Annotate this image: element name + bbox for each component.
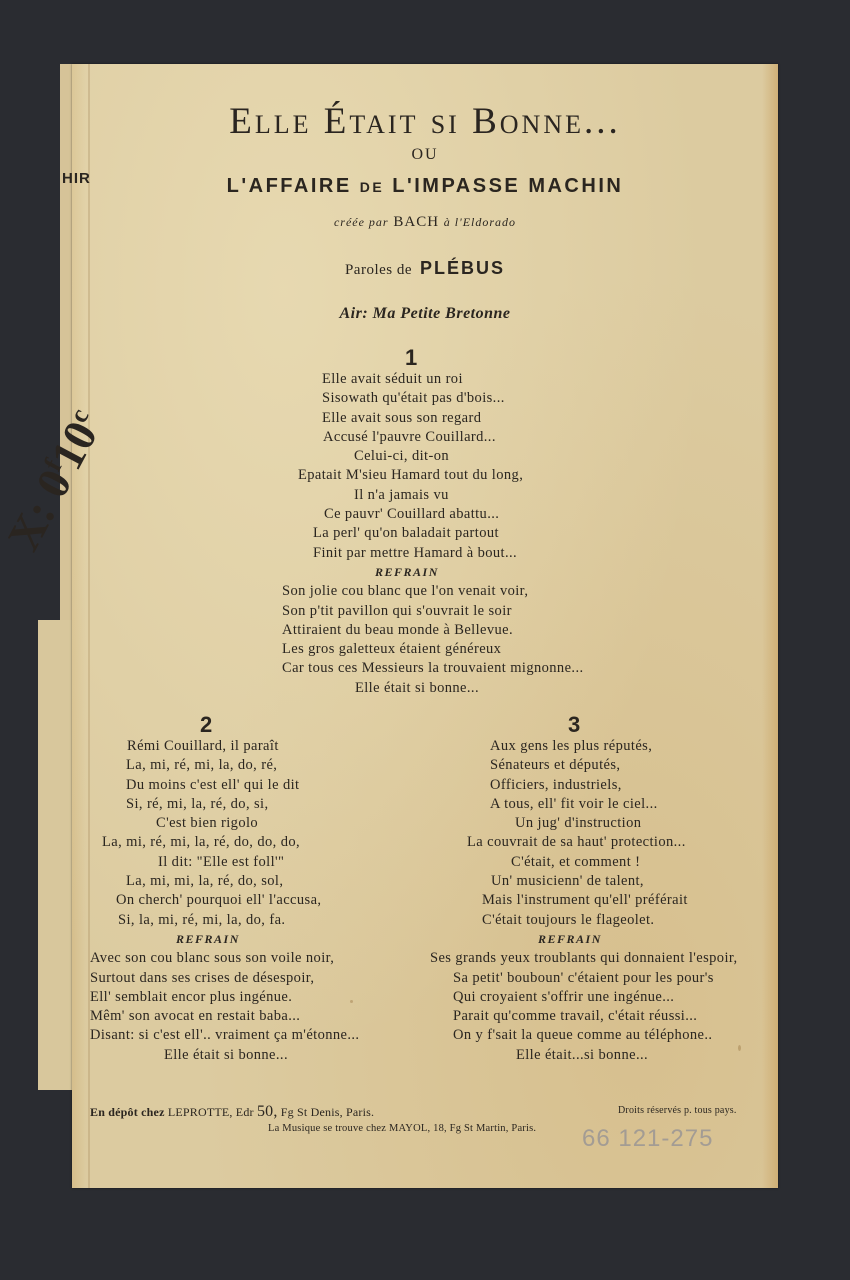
refrain-line: Sa petit' bouboun' c'étaient pour les po…	[430, 969, 770, 988]
refrain-line: Attiraient du beau monde à Bellevue.	[272, 621, 632, 640]
subtitle-part1: L'AFFAIRE	[227, 175, 360, 197]
verse-line: Aux gens les plus réputés,	[430, 737, 770, 756]
refrain-label: REFRAIN	[430, 930, 770, 949]
refrain-line: Disant: si c'est ell'.. vraiment ça m'ét…	[90, 1026, 410, 1045]
verse-line: Celui-ci, dit-on	[272, 447, 632, 466]
refrain-line: Ell' semblait encor plus ingénue.	[90, 988, 410, 1007]
created-prefix: créée par	[334, 215, 389, 229]
refrain-line: Surtout dans ses crises de désespoir,	[90, 969, 410, 988]
refrain-line: Ses grands yeux troublants qui donnaient…	[430, 949, 770, 968]
refrain-line: Les gros galetteux étaient généreux	[272, 640, 632, 659]
lyrics-credit: Paroles dePLÉBUS	[72, 258, 778, 279]
lyricist: PLÉBUS	[420, 258, 505, 278]
pencil-catalog-number: 66 121-275	[582, 1125, 713, 1153]
refrain-label: REFRAIN	[272, 563, 632, 582]
refrain-line: Qui croyaient s'offrir une ingénue...	[430, 988, 770, 1007]
verse-line: Sénateurs et députés,	[430, 756, 770, 775]
refrain-line: Son jolie cou blanc que l'on venait voir…	[272, 582, 632, 601]
lyrics-prefix: Paroles de	[345, 262, 412, 278]
verse-line: La, mi, ré, mi, la, do, ré,	[90, 756, 410, 775]
verse-line: Si, ré, mi, la, ré, do, si,	[90, 795, 410, 814]
subtitle-de: DE	[360, 179, 384, 195]
verse-line: Elle avait séduit un roi	[272, 370, 632, 389]
verse-line: Elle avait sous son regard	[272, 409, 632, 428]
verse-2: Rémi Couillard, il paraît La, mi, ré, mi…	[90, 737, 410, 1065]
verse-line: Ce pauvr' Couillard abattu...	[272, 505, 632, 524]
verse-line: Un' musicienn' de talent,	[430, 872, 770, 891]
verse-number: 2	[200, 712, 212, 738]
verse-line: La perl' qu'on baladait partout	[272, 524, 632, 543]
refrain-line: Elle était si bonne...	[90, 1046, 410, 1065]
verse-line: Du moins c'est ell' qui le dit	[90, 776, 410, 795]
created-suffix: à l'Eldorado	[444, 215, 516, 229]
verse-number: 1	[405, 345, 417, 371]
verse-line: La, mi, mi, la, ré, do, sol,	[90, 872, 410, 891]
publisher-address: Fg St Denis, Paris.	[281, 1105, 374, 1119]
verse-line: La, mi, ré, mi, la, ré, do, do, do,	[90, 833, 410, 852]
verse-line: Officiers, industriels,	[430, 776, 770, 795]
verse-line: C'était toujours le flageolet.	[430, 911, 770, 930]
verse-line: On cherch' pourquoi ell' l'accusa,	[90, 891, 410, 910]
publisher-line: En dépôt chez LEPROTTE, Edr 50, Fg St De…	[90, 1103, 374, 1121]
verse-line: C'était, et comment !	[430, 853, 770, 872]
verse-line: Si, la, mi, ré, mi, la, do, fa.	[90, 911, 410, 930]
verse-1: Elle avait séduit un roi Sisowath qu'éta…	[272, 370, 632, 698]
verse-line: Epatait M'sieu Hamard tout du long,	[272, 466, 632, 485]
verse-line: Sisowath qu'était pas d'bois...	[272, 389, 632, 408]
refrain-line: Elle était...si bonne...	[430, 1046, 770, 1065]
rights-notice: Droits réservés p. tous pays.	[618, 1105, 737, 1116]
refrain-line: Parait qu'comme travail, c'était réussi.…	[430, 1007, 770, 1026]
music-notice: La Musique se trouve chez MAYOL, 18, Fg …	[268, 1123, 536, 1134]
verse-line: Rémi Couillard, il paraît	[90, 737, 410, 756]
refrain-line: Avec son cou blanc sous son voile noir,	[90, 949, 410, 968]
verse-line: Un jug' d'instruction	[430, 814, 770, 833]
deposit-prefix: En dépôt chez	[90, 1105, 165, 1119]
subtitle-part2: L'IMPASSE MACHIN	[384, 175, 623, 197]
verse-line: C'est bien rigolo	[90, 814, 410, 833]
refrain-label: REFRAIN	[90, 930, 410, 949]
verse-line: La couvrait de sa haut' protection...	[430, 833, 770, 852]
performer: BACH	[393, 214, 439, 230]
verse-line: Il dit: "Elle est foll'"	[90, 853, 410, 872]
verse-line: Il n'a jamais vu	[272, 486, 632, 505]
song-subtitle: L'AFFAIRE DE L'IMPASSE MACHIN	[72, 175, 778, 198]
publisher-name: LEPROTTE, Edr	[168, 1105, 254, 1119]
refrain-line: On y f'sait la queue comme au téléphone.…	[430, 1026, 770, 1045]
verse-line: A tous, ell' fit voir le ciel...	[430, 795, 770, 814]
title-or: OU	[72, 146, 778, 164]
refrain-line: Elle était si bonne...	[272, 679, 632, 698]
created-by-line: créée par BACH à l'Eldorado	[72, 214, 778, 231]
refrain-line: Son p'tit pavillon qui s'ouvrait le soir	[272, 602, 632, 621]
verse-number: 3	[568, 712, 580, 738]
verse-line: Finit par mettre Hamard à bout...	[272, 544, 632, 563]
verse-line: Accusé l'pauvre Couillard...	[272, 428, 632, 447]
air-tune: Air: Ma Petite Bretonne	[72, 305, 778, 323]
verse-line: Mais l'instrument qu'ell' préférait	[430, 891, 770, 910]
refrain-line: Car tous ces Messieurs la trouvaient mig…	[272, 659, 632, 678]
song-title: Elle Était si Bonne...	[72, 100, 778, 143]
publisher-number: 50,	[257, 1103, 278, 1120]
refrain-line: Mêm' son avocat en restait baba...	[90, 1007, 410, 1026]
verse-3: Aux gens les plus réputés, Sénateurs et …	[430, 737, 770, 1065]
